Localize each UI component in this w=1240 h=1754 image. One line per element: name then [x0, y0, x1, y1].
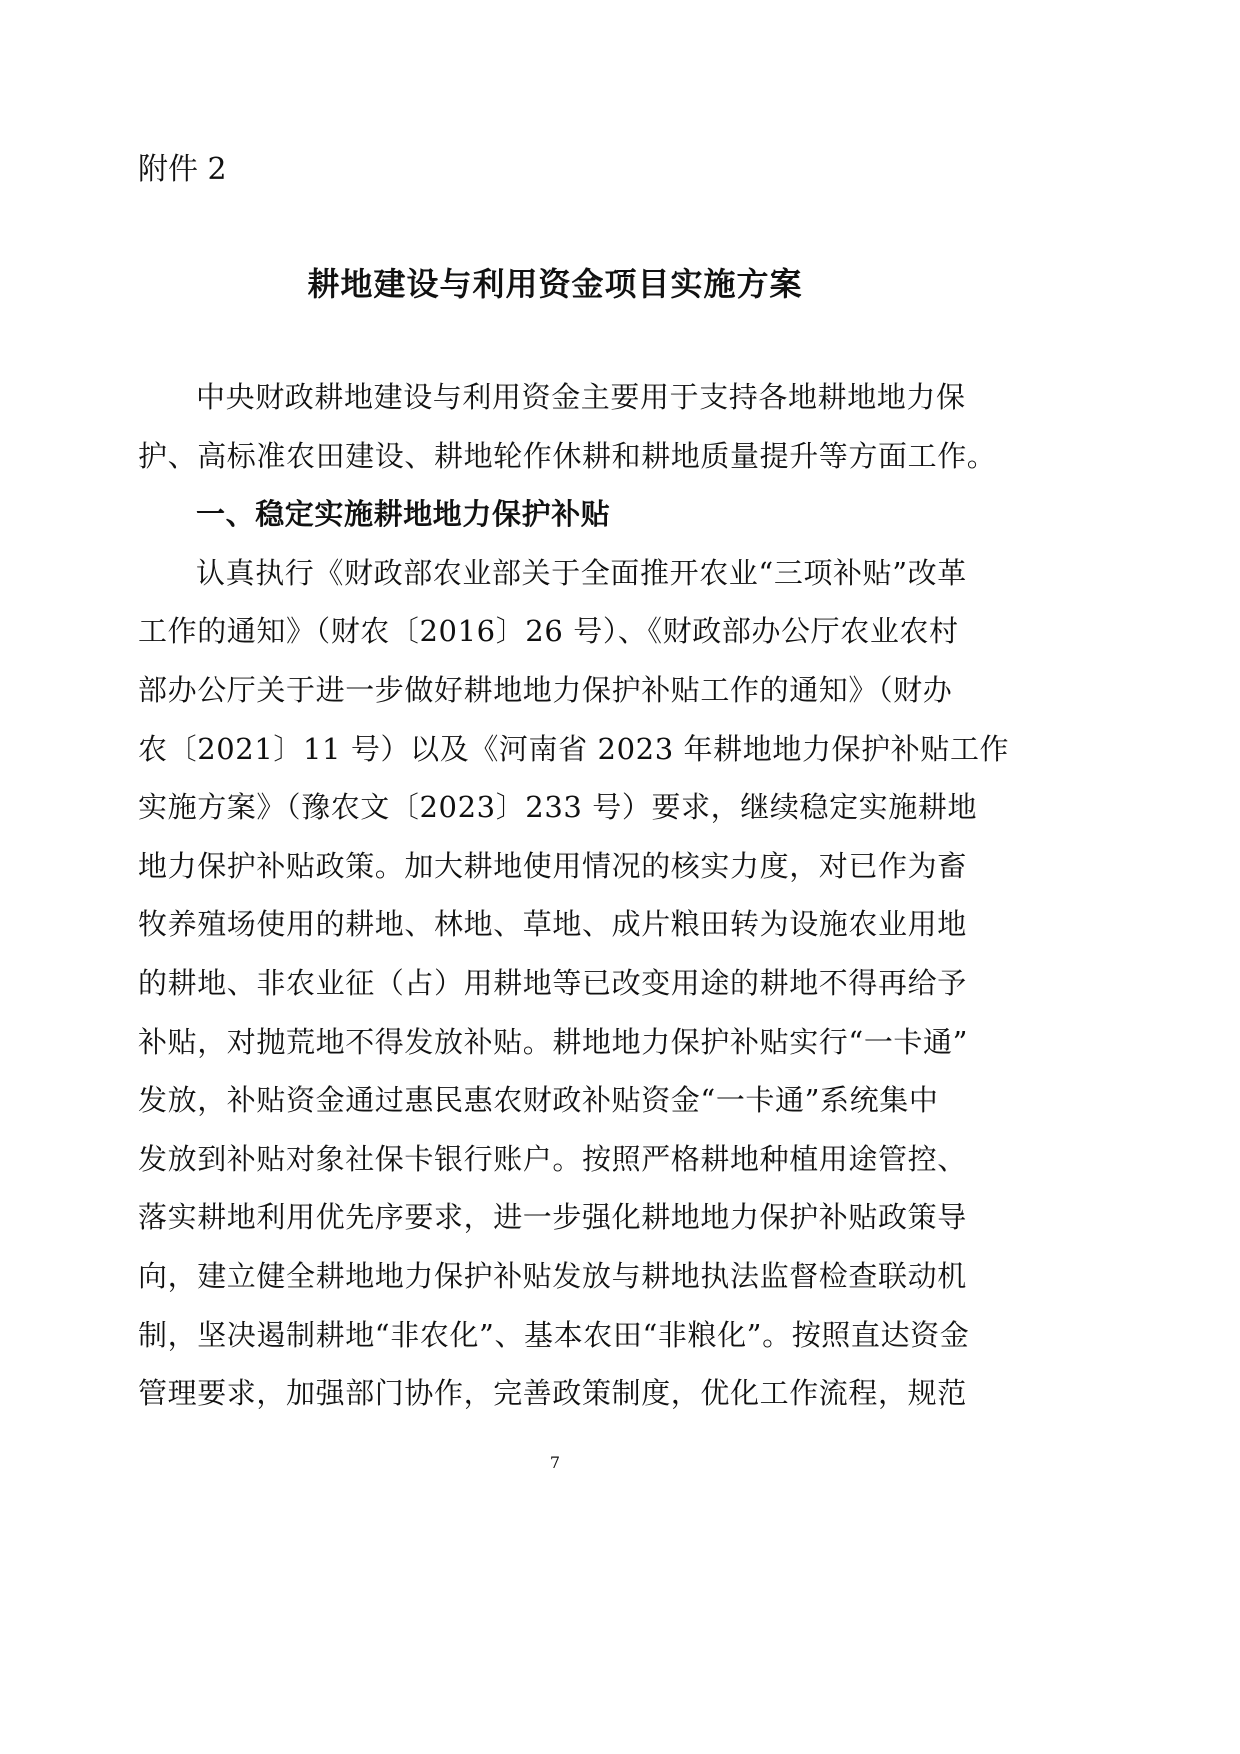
paragraph-line: 发放到补贴对象社保卡银行账户。按照严格耕地种植用途管控、 [138, 1130, 974, 1189]
paragraph-line: 护、高标准农田建设、耕地轮作休耕和耕地质量提升等方面工作。 [138, 427, 974, 486]
paragraph-line: 落实耕地利用优先序要求，进一步强化耕地地力保护补贴政策导 [138, 1188, 974, 1247]
paragraph-line: 地力保护补贴政策。加大耕地使用情况的核实力度，对已作为畜 [138, 837, 974, 896]
document-title: 耕地建设与利用资金项目实施方案 [0, 262, 1110, 306]
paragraph-line: 牧养殖场使用的耕地、林地、草地、成片粮田转为设施农业用地 [138, 895, 974, 954]
paragraph-line: 管理要求，加强部门协作，完善政策制度，优化工作流程，规范 [138, 1364, 974, 1423]
paragraph-line: 制，坚决遏制耕地“非农化”、基本农田“非粮化”。按照直达资金 [138, 1306, 974, 1365]
paragraph-line: 的耕地、非农业征（占）用耕地等已改变用途的耕地不得再给予 [138, 954, 974, 1013]
paragraph-line: 认真执行《财政部农业部关于全面推开农业“三项补贴”改革 [138, 544, 974, 603]
paragraph-line: 补贴，对抛荒地不得发放补贴。耕地地力保护补贴实行“一卡通” [138, 1013, 974, 1072]
body-text: 中央财政耕地建设与利用资金主要用于支持各地耕地地力保 护、高标准农田建设、耕地轮… [138, 368, 974, 1423]
paragraph-line: 发放，补贴资金通过惠民惠农财政补贴资金“一卡通”系统集中 [138, 1071, 974, 1130]
paragraph-line: 向，建立健全耕地地力保护补贴发放与耕地执法监督检查联动机 [138, 1247, 974, 1306]
paragraph-line: 农〔2021〕11 号）以及《河南省 2023 年耕地地力保护补贴工作 [138, 720, 974, 779]
document-page: 附件 2 耕地建设与利用资金项目实施方案 中央财政耕地建设与利用资金主要用于支持… [0, 0, 1240, 1754]
section-heading: 一、稳定实施耕地地力保护补贴 [138, 485, 974, 544]
page-number: 7 [0, 1453, 1110, 1473]
attachment-label: 附件 2 [138, 150, 227, 190]
paragraph-line: 中央财政耕地建设与利用资金主要用于支持各地耕地地力保 [138, 368, 974, 427]
paragraph-line: 工作的通知》（财农〔2016〕26 号）、《财政部办公厅农业农村 [138, 602, 974, 661]
paragraph-line: 实施方案》（豫农文〔2023〕233 号）要求，继续稳定实施耕地 [138, 778, 974, 837]
paragraph-line: 部办公厅关于进一步做好耕地地力保护补贴工作的通知》（财办 [138, 661, 974, 720]
